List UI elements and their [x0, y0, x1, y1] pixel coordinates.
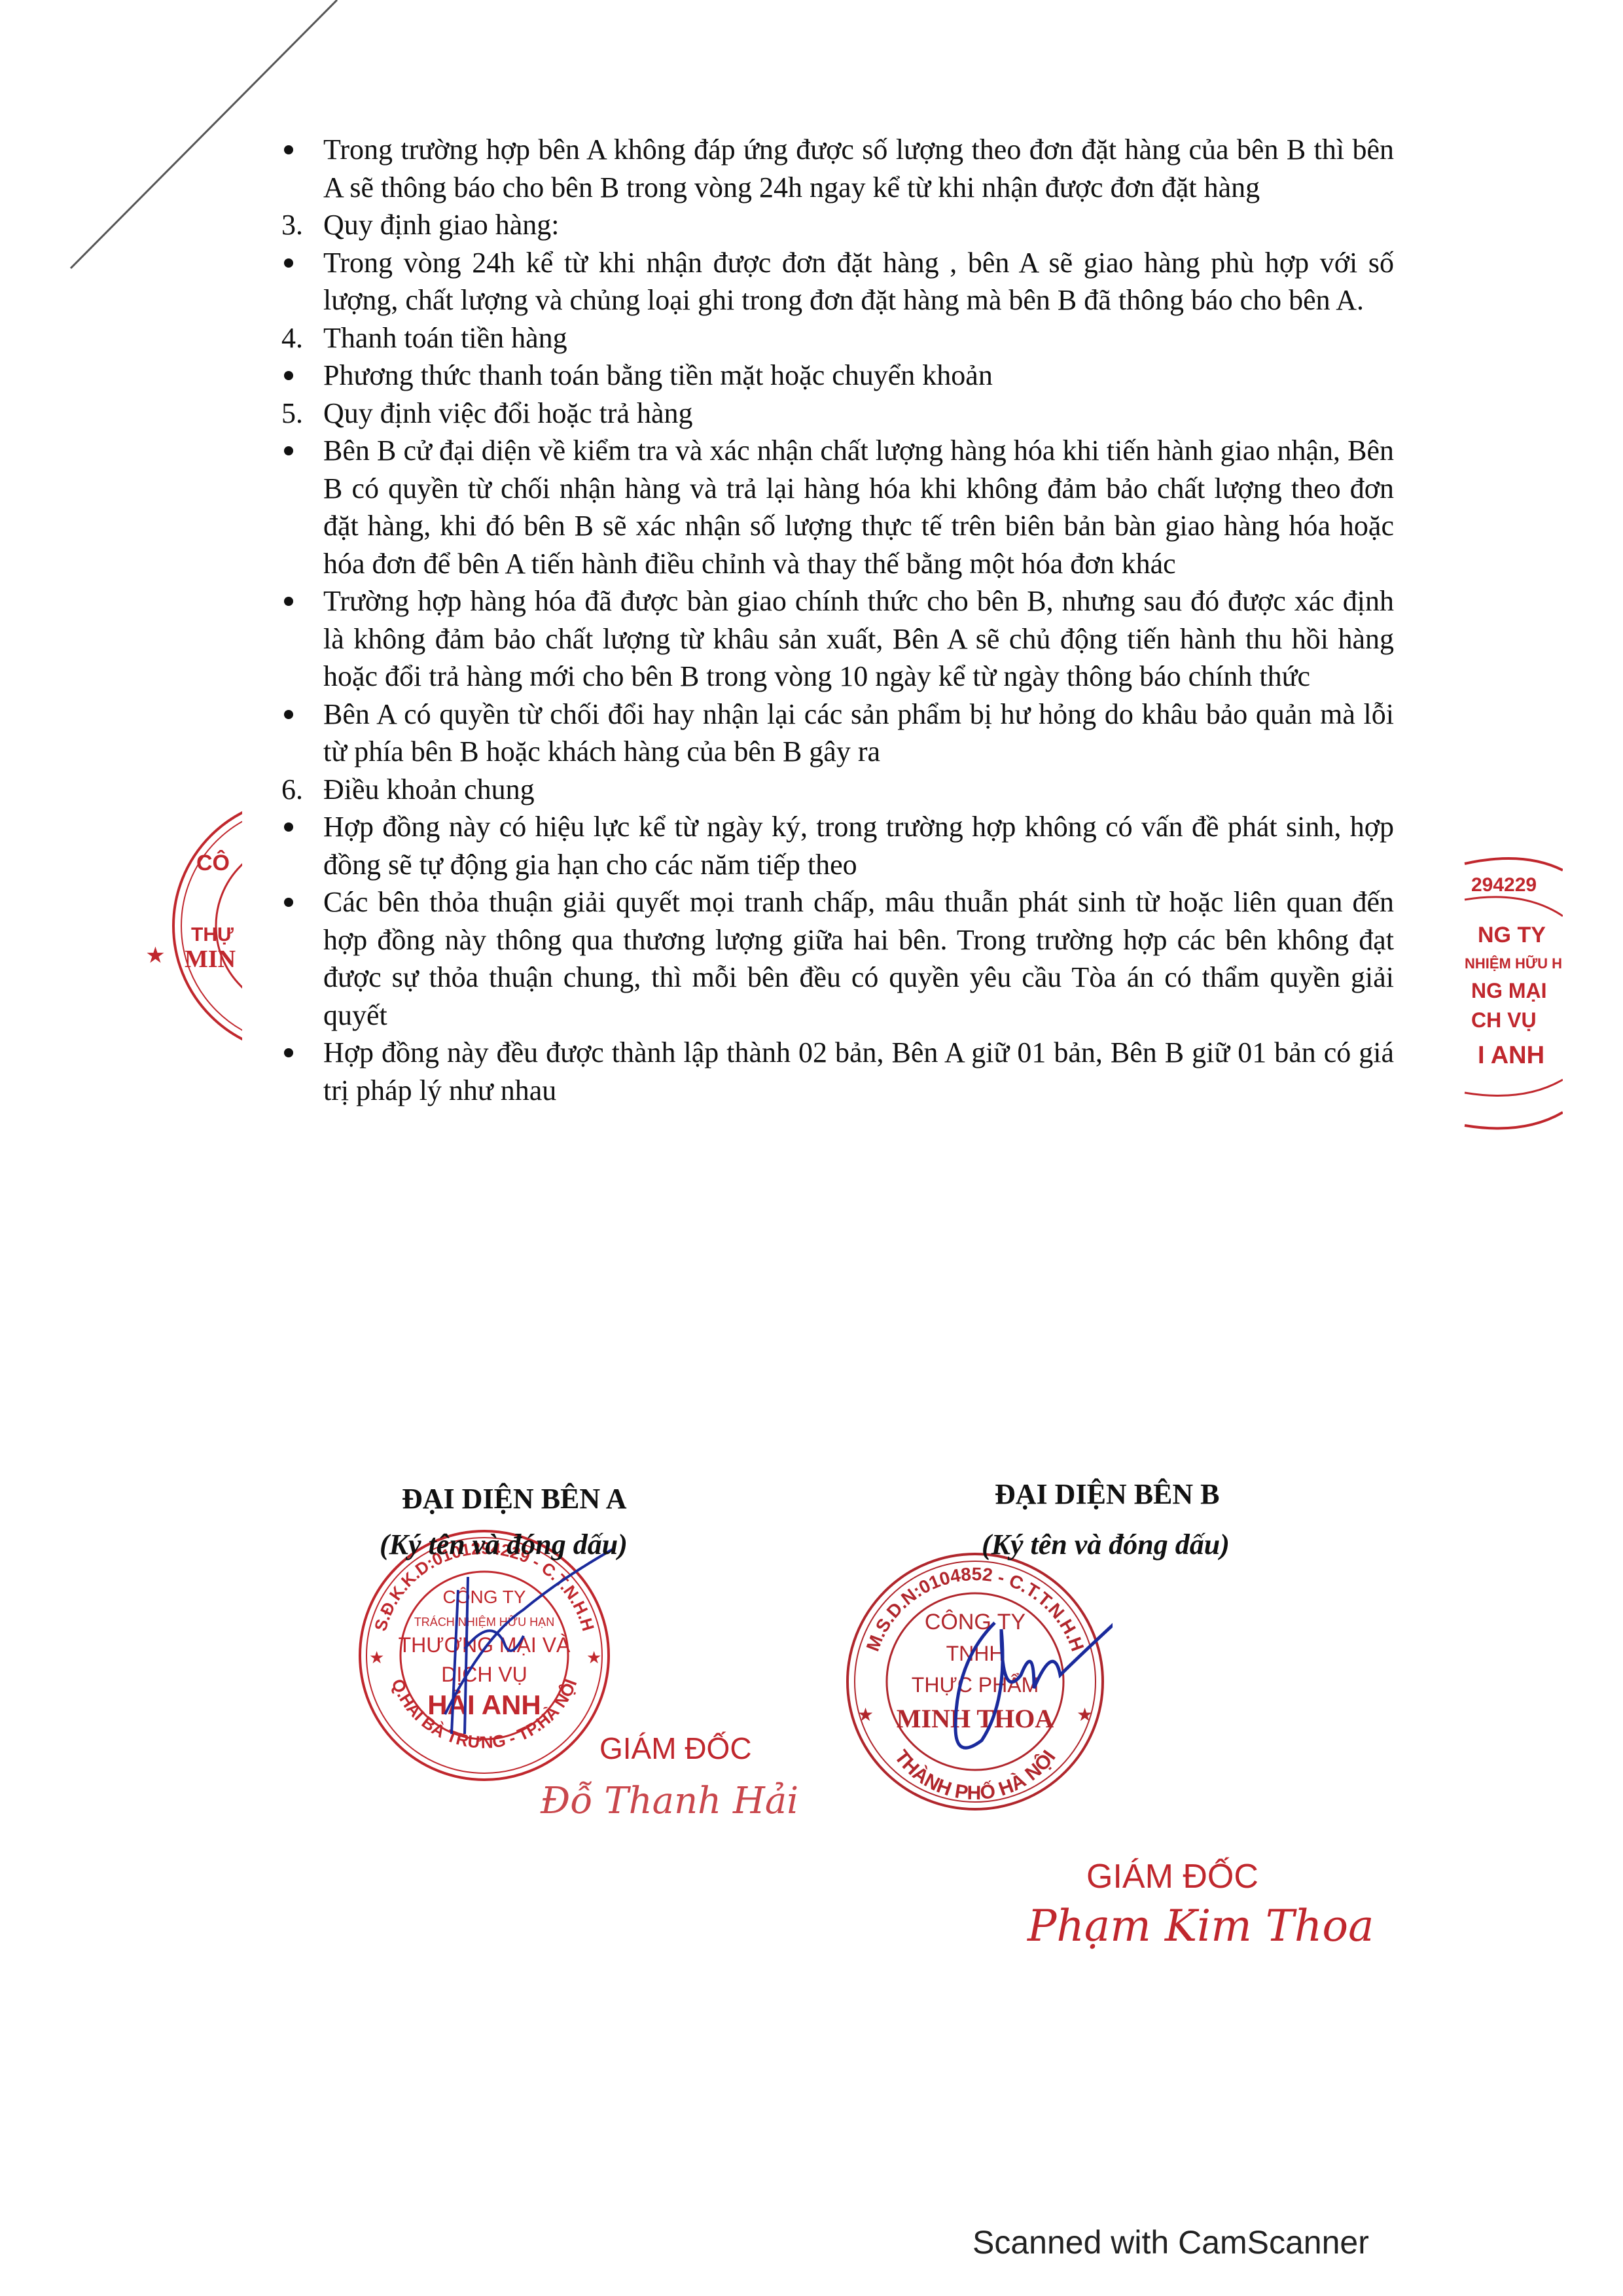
party-a-stamp: S.Đ.K.K.D:0101294229 - C.T.N.H.H Q.HAI B…	[353, 1518, 615, 1793]
svg-text:THỰ: THỰ	[191, 924, 234, 945]
section-heading: 3.Quy định giao hàng:	[281, 206, 1394, 244]
party-a-signature	[445, 1544, 615, 1734]
bullet-text: Phương thức thanh toán bằng tiền mặt hoặ…	[323, 357, 1394, 395]
bullet-text: Bên A có quyền từ chối đổi hay nhận lại …	[323, 696, 1394, 771]
party-b-stamp: M.S.D.N:0104852 - C.T.T.N.H.H THÀNH PHỐ …	[838, 1544, 1113, 1819]
bullet-text: Hợp đồng này có hiệu lực kể từ ngày ký, …	[323, 808, 1394, 883]
party-b-sign-note: (Ký tên và đóng dấu)	[982, 1528, 1230, 1561]
section-number: 3.	[281, 206, 321, 244]
bullet-dot-icon	[284, 258, 293, 268]
svg-text:M.S.D.N:0104852 - C.T.T.N.H.H: M.S.D.N:0104852 - C.T.T.N.H.H	[863, 1564, 1088, 1654]
svg-text:294229: 294229	[1471, 874, 1537, 896]
svg-text:HẢI ANH: HẢI ANH	[427, 1689, 541, 1720]
left-edge-stamp: CÔ THỰ MIN ★	[118, 792, 249, 1060]
svg-text:S.Đ.K.K.D:0101294229 - C.T.N.H: S.Đ.K.K.D:0101294229 - C.T.N.H.H	[370, 1538, 598, 1633]
svg-text:I ANH: I ANH	[1478, 1042, 1544, 1069]
section-heading: 5.Quy định việc đổi hoặc trả hàng	[281, 395, 1394, 433]
bullet-item: Hợp đồng này có hiệu lực kể từ ngày ký, …	[281, 808, 1394, 883]
svg-text:Q.HAI BÀ TRƯNG - TP.HÀ NỘI: Q.HAI BÀ TRƯNG - TP.HÀ NỘI	[387, 1676, 580, 1752]
svg-text:THƯƠNG MẠI VÀ: THƯƠNG MẠI VÀ	[399, 1633, 571, 1657]
svg-text:CH VỤ: CH VỤ	[1471, 1008, 1537, 1032]
svg-text:CÔNG TY: CÔNG TY	[442, 1587, 526, 1607]
party-b-title: ĐẠI DIỆN BÊN B	[995, 1477, 1220, 1511]
heading-text: Điều khoản chung	[323, 771, 1394, 809]
svg-text:★: ★	[857, 1704, 874, 1725]
bullet-dot-icon	[284, 898, 293, 907]
bullet-item: Bên B cử đại diện về kiểm tra và xác nhậ…	[281, 432, 1394, 582]
bullet-text: Các bên thỏa thuận giải quyết mọi tranh …	[323, 883, 1394, 1034]
section-number: 4.	[281, 319, 321, 357]
bullet-item: Hợp đồng này đều được thành lập thành 02…	[281, 1034, 1394, 1109]
heading-text: Thanh toán tiền hàng	[323, 319, 1394, 357]
svg-text:★: ★	[369, 1648, 384, 1667]
section-number: 6.	[281, 771, 321, 809]
svg-text:MIN: MIN	[185, 945, 236, 973]
bullet-dot-icon	[284, 145, 293, 154]
svg-text:THÀNH PHỐ HÀ NỘI: THÀNH PHỐ HÀ NỘI	[890, 1746, 1060, 1804]
section-number: 5.	[281, 395, 321, 433]
svg-text:TNHH: TNHH	[946, 1642, 1005, 1665]
svg-text:NG MẠI: NG MẠI	[1471, 979, 1547, 1002]
party-b-director-title: GIÁM ĐỐC	[1086, 1857, 1258, 1896]
bullet-text: Trong vòng 24h kể từ khi nhận được đơn đ…	[323, 244, 1394, 319]
svg-text:NG TY: NG TY	[1478, 923, 1546, 947]
right-edge-stamp: 294229 NG TY NHIỆM HỮU H NG MẠI CH VỤ I …	[1452, 844, 1563, 1132]
svg-text:DỊCH VỤ: DỊCH VỤ	[441, 1663, 527, 1686]
svg-text:CÔNG TY: CÔNG TY	[925, 1610, 1026, 1634]
bullet-text: Trường hợp hàng hóa đã được bàn giao chí…	[323, 582, 1394, 696]
contract-body: Trong trường hợp bên A không đáp ứng đượ…	[281, 131, 1394, 1109]
bullet-dot-icon	[284, 371, 293, 380]
bullet-text: Bên B cử đại diện về kiểm tra và xác nhậ…	[323, 432, 1394, 582]
bullet-item: Trong vòng 24h kể từ khi nhận được đơn đ…	[281, 244, 1394, 319]
svg-text:NHIỆM HỮU H: NHIỆM HỮU H	[1465, 955, 1562, 972]
bullet-item: Các bên thỏa thuận giải quyết mọi tranh …	[281, 883, 1394, 1034]
svg-text:★: ★	[586, 1648, 601, 1667]
svg-text:CÔ: CÔ	[196, 850, 230, 875]
party-a-director-title: GIÁM ĐỐC	[599, 1731, 752, 1766]
party-a-director-name: Đỗ Thanh Hải	[541, 1780, 798, 1822]
svg-text:THỰC PHẨM: THỰC PHẨM	[912, 1673, 1039, 1697]
bullet-item: Trường hợp hàng hóa đã được bàn giao chí…	[281, 582, 1394, 696]
section-heading: 6.Điều khoản chung	[281, 771, 1394, 809]
svg-text:TRÁCH NHIỆM HỮU HẠN: TRÁCH NHIỆM HỮU HẠN	[414, 1615, 554, 1629]
bullet-dot-icon	[284, 1048, 293, 1057]
bullet-item: Trong trường hợp bên A không đáp ứng đượ…	[281, 131, 1394, 206]
heading-text: Quy định giao hàng:	[323, 206, 1394, 244]
camscanner-watermark: Scanned with CamScanner	[972, 2223, 1369, 2261]
svg-text:★: ★	[1077, 1704, 1093, 1725]
bullet-dot-icon	[284, 446, 293, 455]
party-b-director-name: Phạm Kim Thoa	[1027, 1901, 1374, 1951]
bullet-item: Phương thức thanh toán bằng tiền mặt hoặ…	[281, 357, 1394, 395]
party-a-sign-note: (Ký tên và đóng dấu)	[380, 1528, 628, 1561]
party-b-signature	[955, 1577, 1113, 1748]
bullet-dot-icon	[284, 710, 293, 719]
bullet-text: Hợp đồng này đều được thành lập thành 02…	[323, 1034, 1394, 1109]
svg-text:★: ★	[147, 945, 164, 966]
bullet-item: Bên A có quyền từ chối đổi hay nhận lại …	[281, 696, 1394, 771]
bullet-dot-icon	[284, 597, 293, 606]
party-a-title: ĐẠI DIỆN BÊN A	[402, 1482, 627, 1515]
svg-text:MINH THOA: MINH THOA	[897, 1704, 1054, 1733]
section-heading: 4.Thanh toán tiền hàng	[281, 319, 1394, 357]
bullet-dot-icon	[284, 822, 293, 832]
heading-text: Quy định việc đổi hoặc trả hàng	[323, 395, 1394, 433]
bullet-text: Trong trường hợp bên A không đáp ứng đượ…	[323, 131, 1394, 206]
